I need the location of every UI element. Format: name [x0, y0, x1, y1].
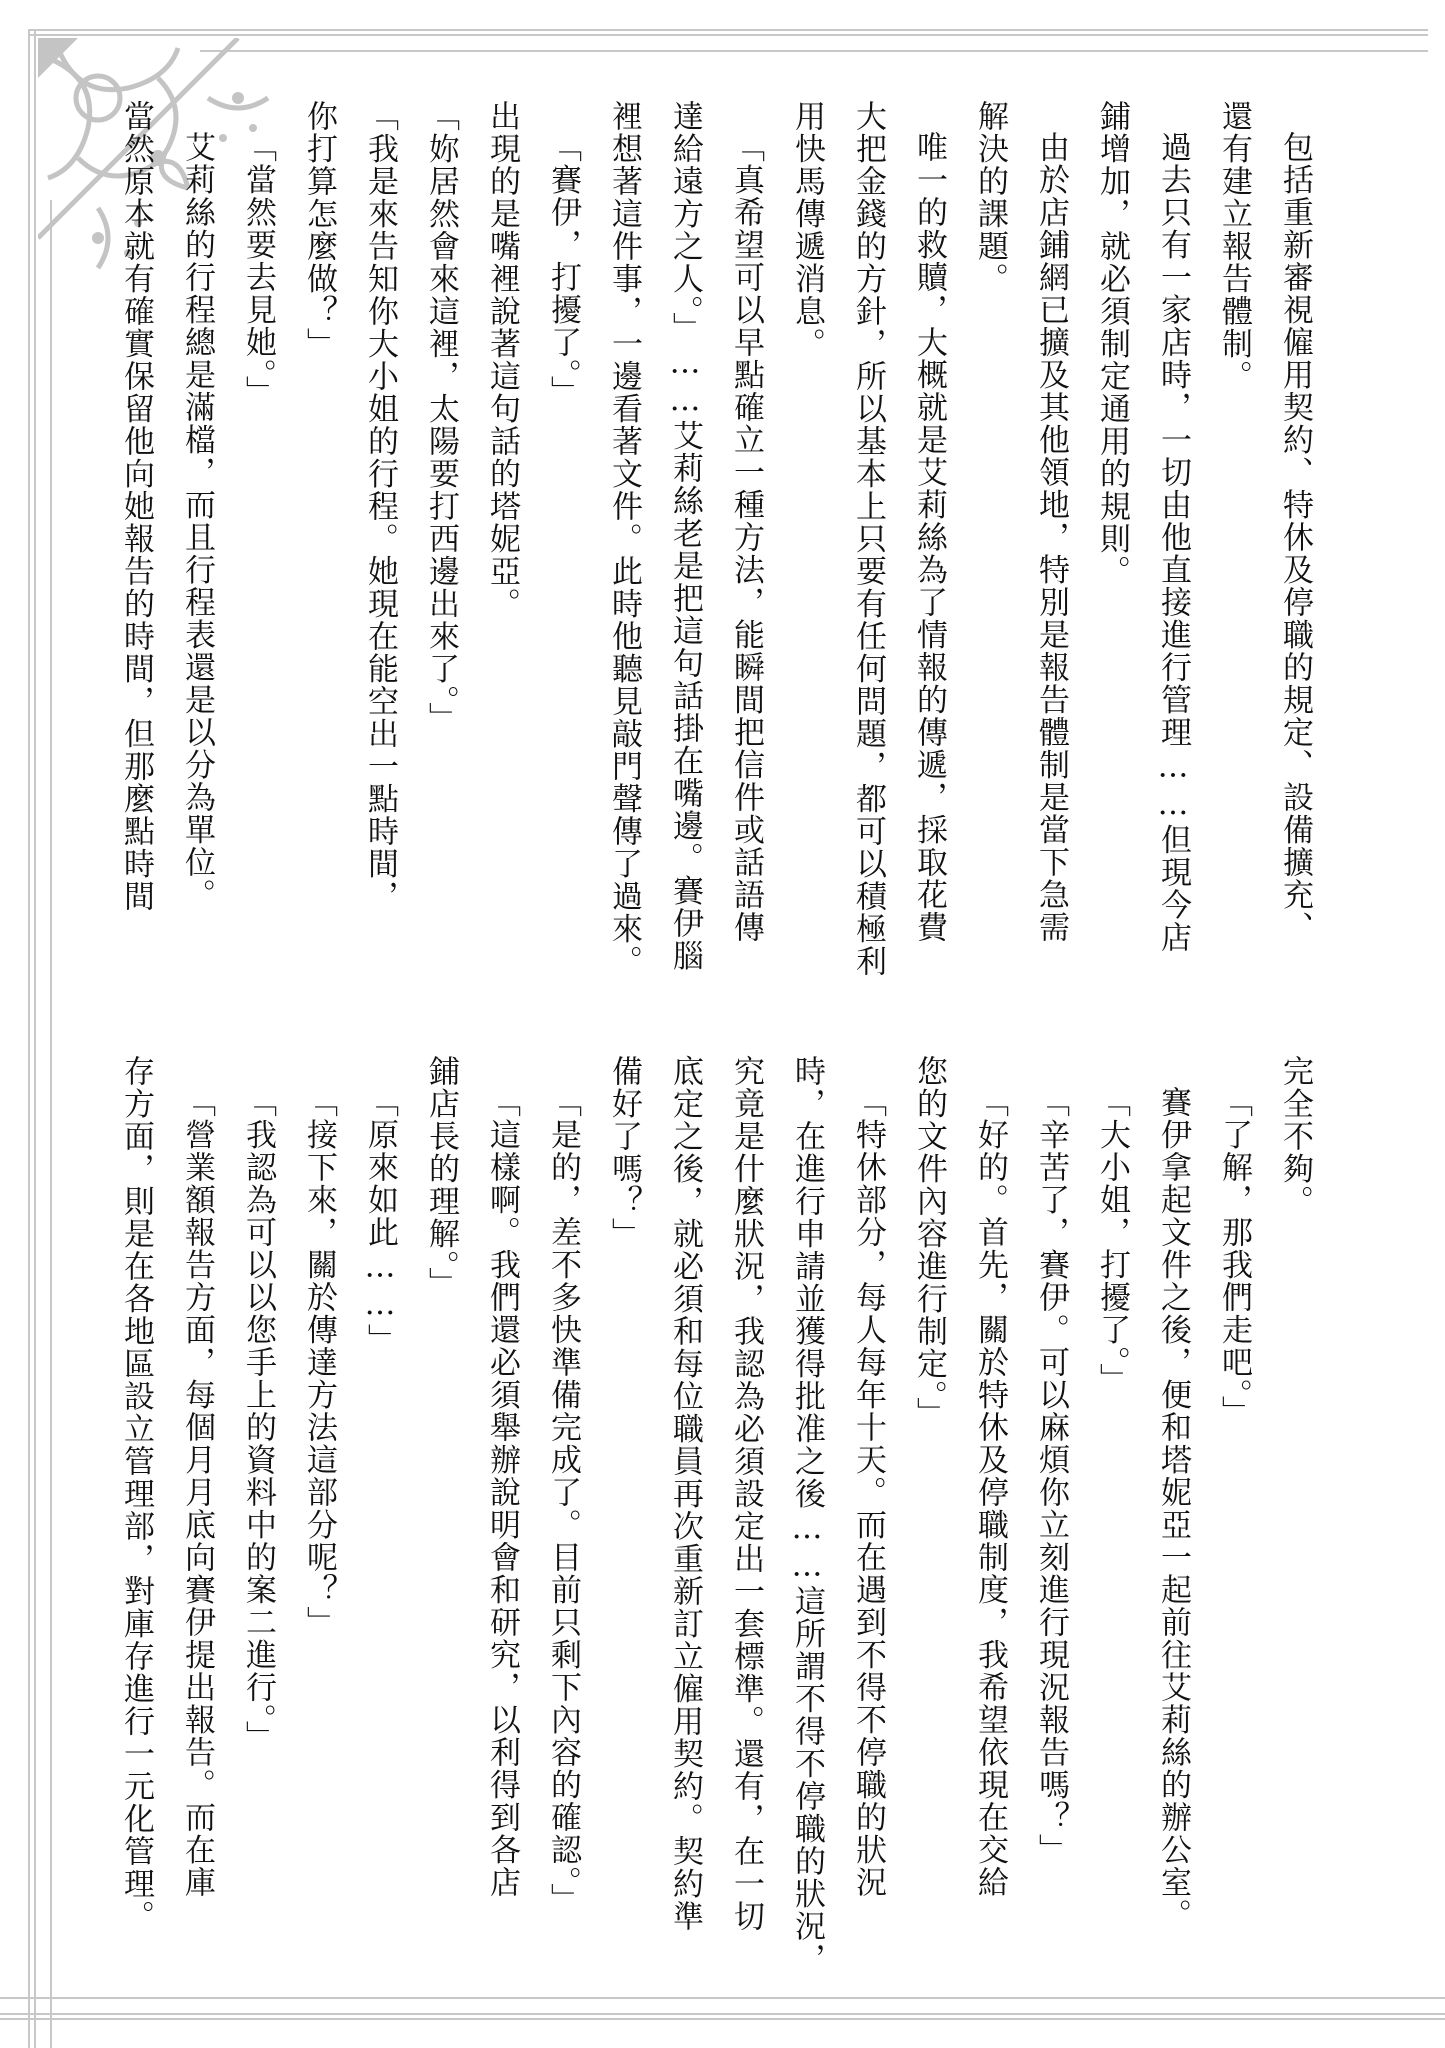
text-column: 「賽伊，打擾了。」 [532, 100, 593, 980]
text-column: 鋪增加，就必須制定通用的規則。 [1081, 100, 1142, 980]
text-column: 時，在進行申請並獲得批准之後……這所謂不得不停職的狀況， [776, 1055, 837, 1935]
text-column: 大把金錢的方針，所以基本上只要有任何問題，都可以積極利 [837, 100, 898, 980]
text-column: 究竟是什麼狀況，我認為必須設定出一套標準。還有，在一切 [715, 1055, 776, 1935]
text-column: 「辛苦了，賽伊。可以麻煩你立刻進行現況報告嗎？」 [1020, 1055, 1081, 1935]
text-column: 底定之後，就必須和每位職員再次重新訂立僱用契約。契約準 [654, 1055, 715, 1935]
frame-top-inner [28, 34, 1428, 36]
text-column: 出現的是嘴裡說著這句話的塔妮亞。 [471, 100, 532, 980]
frame-top-inner2 [200, 50, 1428, 52]
text-column: 「妳居然會來這裡，太陽要打西邊出來了。」 [410, 100, 471, 980]
text-column: 「真希望可以早點確立一種方法，能瞬間把信件或話語傳 [715, 100, 776, 980]
text-column: 用快馬傳遞消息。 [776, 100, 837, 980]
text-column: 「我認為可以以您手上的資料中的案二進行。」 [227, 1055, 288, 1935]
text-column: 「特休部分，每人每年十天。而在遇到不得不停職的狀況 [837, 1055, 898, 1935]
text-column: 過去只有一家店時，一切由他直接進行管理……但現今店 [1142, 100, 1203, 980]
text-column: 「大小姐，打擾了。」 [1081, 1055, 1142, 1935]
text-column: 由於店鋪網已擴及其他領地，特別是報告體制是當下急需 [1020, 100, 1081, 980]
text-column: 艾莉絲的行程總是滿檔，而且行程表還是以分為單位。 [166, 100, 227, 980]
frame-top-outer [28, 29, 1428, 31]
text-column: 「接下來，關於傳達方法這部分呢？」 [288, 1055, 349, 1935]
frame-bottom-3 [0, 2018, 1445, 2020]
frame-left-inner2 [50, 200, 52, 2048]
text-column: 解決的課題。 [959, 100, 1020, 980]
text-column: 達給遠方之人。」……艾莉絲老是把這句話掛在嘴邊。賽伊腦 [654, 100, 715, 980]
text-column: 唯一的救贖，大概就是艾莉絲為了情報的傳遞，採取花費 [898, 100, 959, 980]
text-column: 「好的。首先，關於特休及停職制度，我希望依現在交給 [959, 1055, 1020, 1935]
frame-left-inner [34, 29, 36, 2048]
text-column: 「原來如此……」 [349, 1055, 410, 1935]
text-column: 還有建立報告體制。 [1203, 100, 1264, 980]
frame-left-outer [28, 29, 30, 2048]
text-column: 當然原本就有確實保留他向她報告的時間，但那麼點時間 [105, 100, 166, 980]
text-column: 「這樣啊。我們還必須舉辦說明會和研究，以利得到各店 [471, 1055, 532, 1935]
text-column: 賽伊拿起文件之後，便和塔妮亞一起前往艾莉絲的辦公室。 [1142, 1055, 1203, 1935]
text-column: 「營業額報告方面，每個月月底向賽伊提出報告。而在庫 [166, 1055, 227, 1935]
text-column: 包括重新審視僱用契約、特休及停職的規定、設備擴充、 [1264, 100, 1325, 980]
frame-bottom-1 [0, 1997, 1445, 1999]
frame-bottom-2 [0, 2013, 1445, 2015]
text-column: 「是的，差不多快準備完成了。目前只剩下內容的確認。」 [532, 1055, 593, 1935]
text-column: 「當然要去見她。」 [227, 100, 288, 980]
text-column: 你打算怎麼做？」 [288, 100, 349, 980]
text-column: 裡想著這件事，一邊看著文件。此時他聽見敲門聲傳了過來。 [593, 100, 654, 980]
text-column: 「了解，那我們走吧。」 [1203, 1055, 1264, 1935]
text-column: 「我是來告知你大小姐的行程。她現在能空出一點時間， [349, 100, 410, 980]
text-column: 您的文件內容進行制定。」 [898, 1055, 959, 1935]
text-block-bottom: 完全不夠。 「了解，那我們走吧。」 賽伊拿起文件之後，便和塔妮亞一起前往艾莉絲的… [105, 1055, 1325, 1935]
text-column: 完全不夠。 [1264, 1055, 1325, 1935]
text-column: 存方面，則是在各地區設立管理部，對庫存進行一元化管理。 [105, 1055, 166, 1935]
text-column: 鋪店長的理解。」 [410, 1055, 471, 1935]
text-column: 備好了嗎？」 [593, 1055, 654, 1935]
text-block-top: 包括重新審視僱用契約、特休及停職的規定、設備擴充、 還有建立報告體制。 過去只有… [105, 100, 1325, 980]
